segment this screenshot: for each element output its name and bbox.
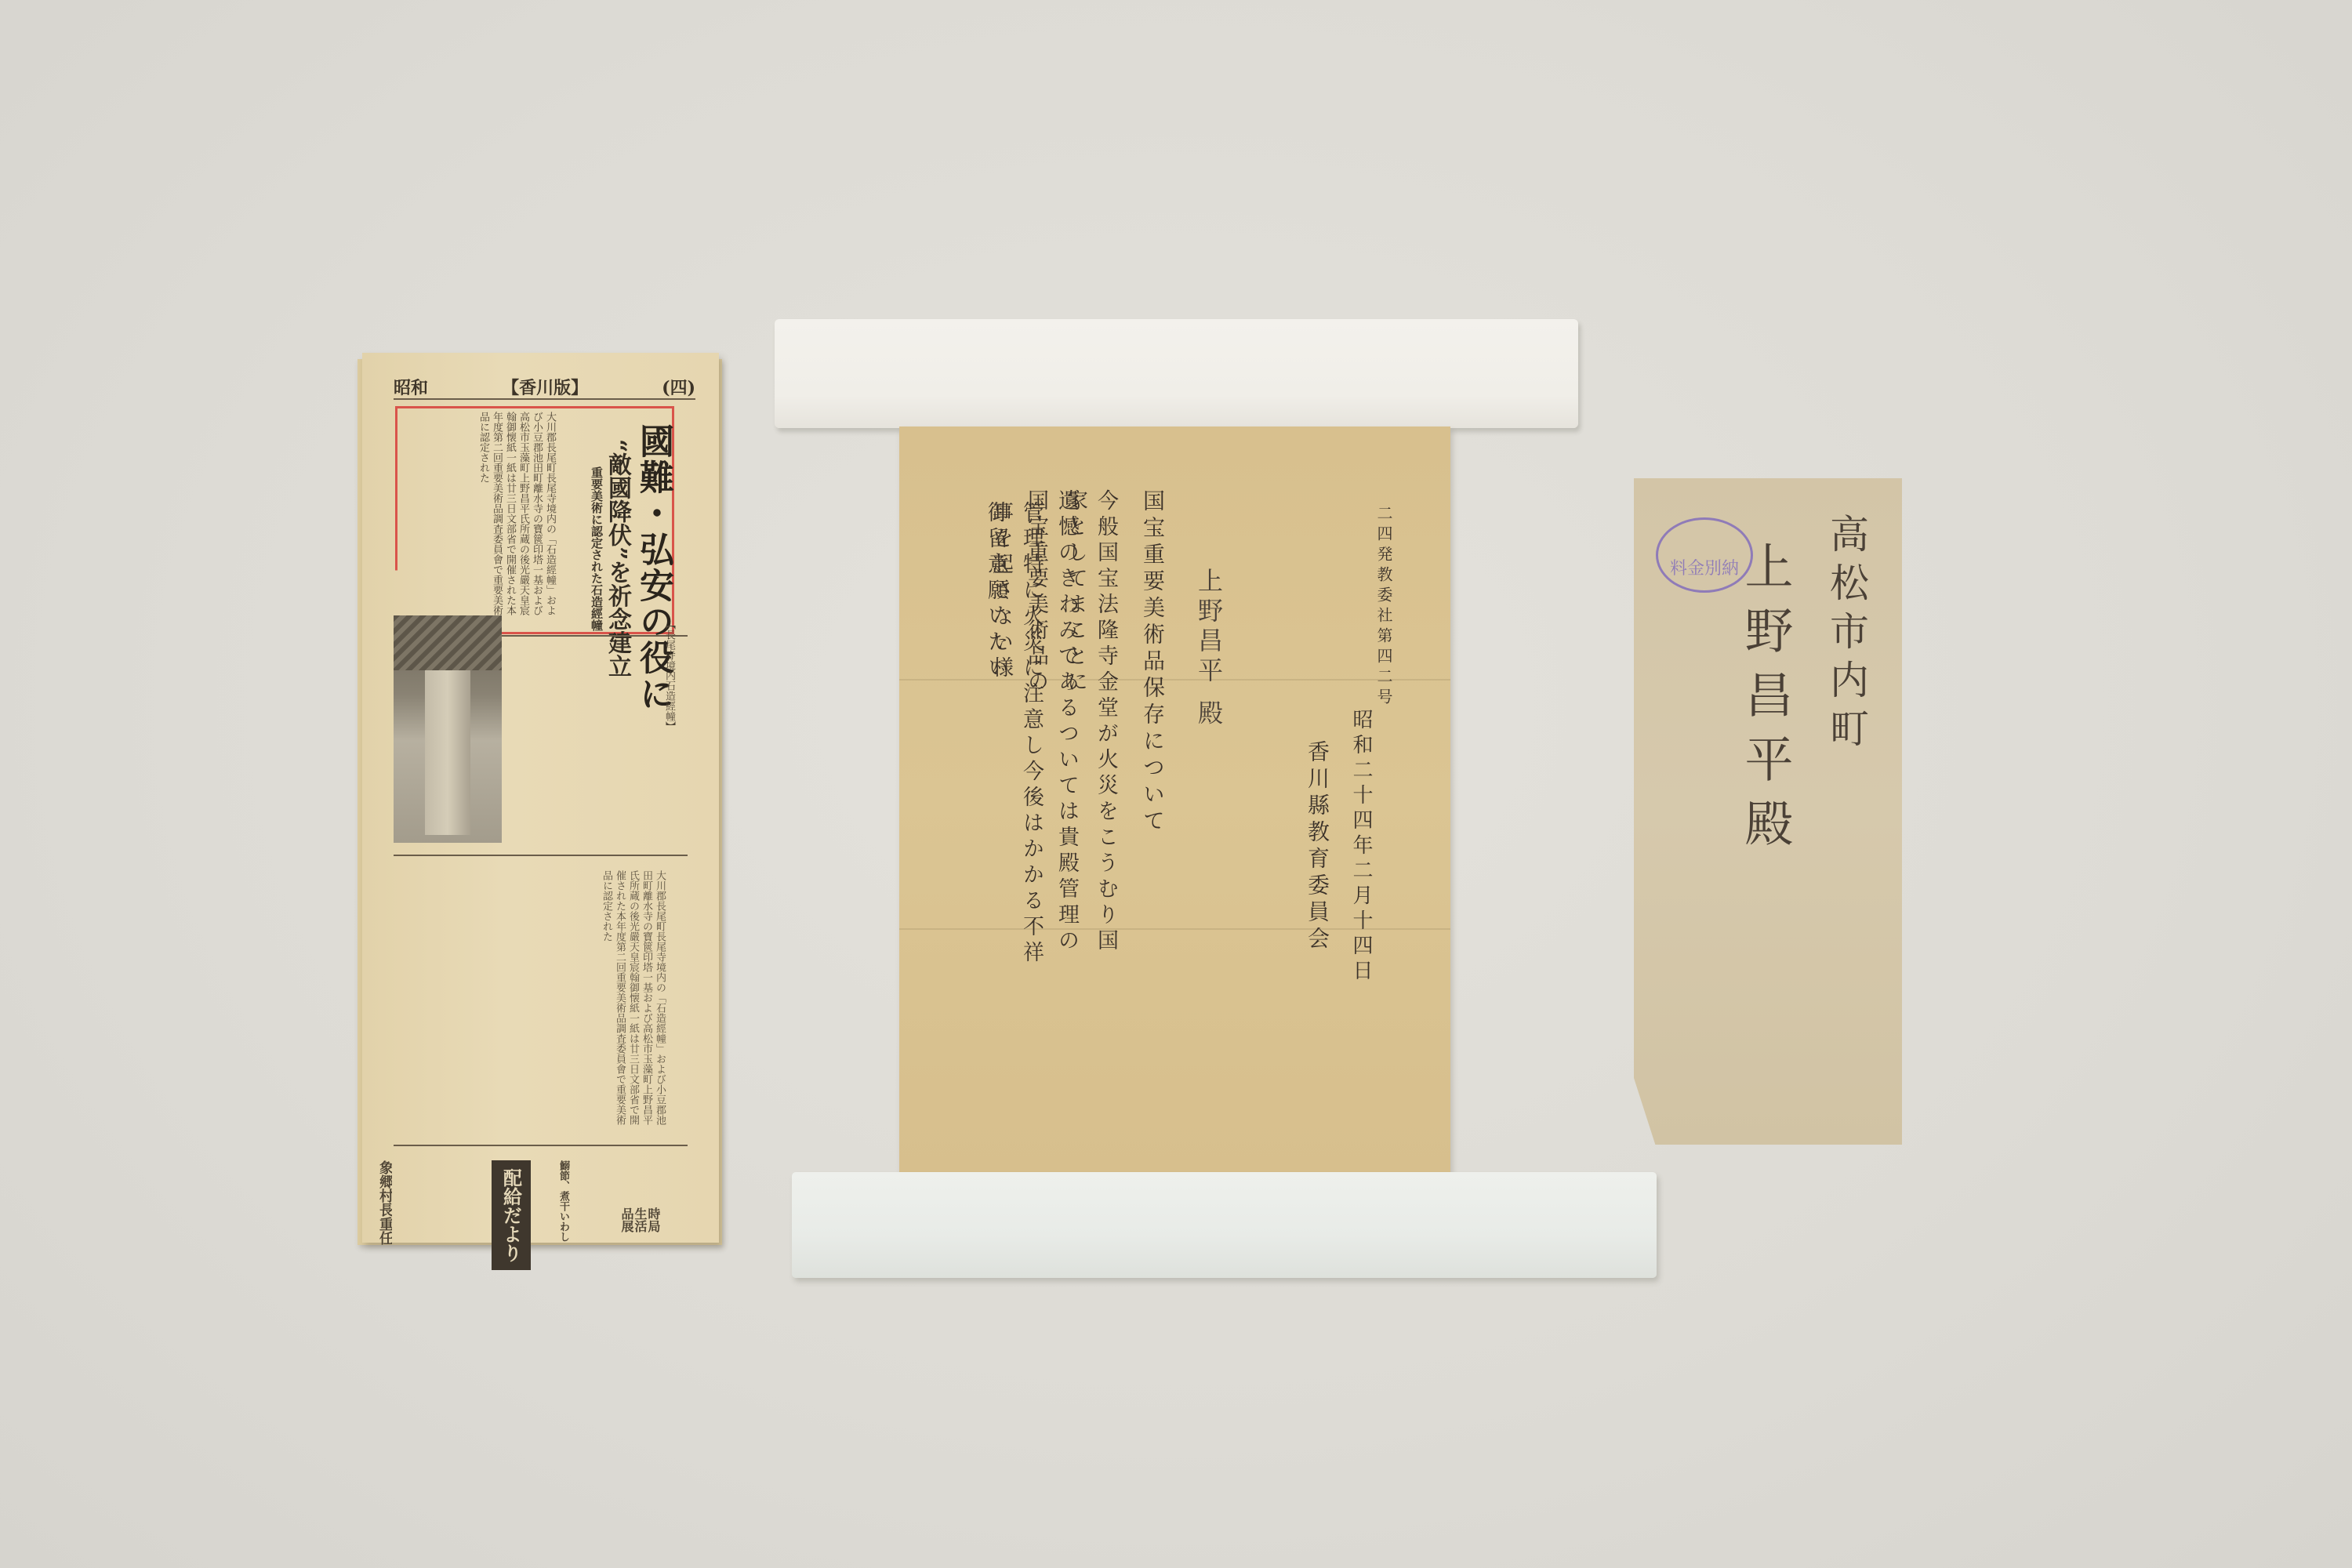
- article-continuation: 大川郡長尾町長尾寺境内の「石造經幢」および小豆郡池田町離水寺の寶篋印塔一基および…: [400, 870, 666, 1129]
- postmark-text: 料金別納: [1670, 555, 1739, 579]
- masthead-era: 昭和: [394, 375, 428, 399]
- envelope: 料金別納 高松市内町 上野昌平殿: [1634, 478, 1902, 1145]
- letter-body-line-4: 御留意願いたい: [981, 501, 1011, 682]
- envelope-recipient: 上野昌平殿: [1730, 541, 1800, 862]
- masthead-title: 【香川版】: [502, 375, 588, 399]
- letter-sender: 香川縣教育委員会: [1301, 740, 1333, 953]
- letter-subject: 国宝重要美術品保存について: [1137, 489, 1168, 836]
- handwritten-letter: 二四発教委社第四二号 昭和二十四年二月十四日 香川縣教育委員会 上野昌平 殿 国…: [899, 426, 1450, 1173]
- photo-roof: [394, 615, 502, 670]
- envelope-address: 高松市内町: [1818, 514, 1875, 757]
- rationing-heading: 鰯節、煮干いわし: [539, 1160, 570, 1286]
- photo-caption-text: 【長尾寺境内石造經幢】: [511, 619, 676, 839]
- masthead-page: (四): [662, 375, 695, 399]
- article-body: 大川郡長尾町長尾寺境内の「石造經幢」および小豆郡池田町離水寺の寶篋印塔一基および…: [400, 412, 557, 623]
- reference-number: 二四発教委社第四二号: [1373, 505, 1396, 709]
- sidebar-heading: 象郷村長重任: [368, 1160, 392, 1278]
- bottom-paper-roll: [792, 1172, 1657, 1278]
- letter-date: 昭和二十四年二月十四日: [1347, 709, 1376, 985]
- column-rule: [394, 1145, 688, 1146]
- bottom-heading: 時局生活品展入賞: [621, 1207, 660, 1239]
- top-paper-roll: [775, 319, 1578, 428]
- newspaper-deck: 重要美術に認定された石造經幢: [589, 466, 605, 631]
- letter-addressee: 上野昌平 殿: [1191, 568, 1227, 729]
- rationing-news-label: 配給だより: [492, 1160, 531, 1270]
- newspaper-masthead: 昭和 【香川版】 (四): [394, 375, 695, 400]
- column-rule: [394, 855, 688, 856]
- newspaper-clipping: 昭和 【香川版】 (四) 國難・弘安の役に “敵國降伏”を祈念建立 重要美術に認…: [362, 353, 719, 1243]
- photo-pillar: [425, 670, 470, 835]
- stone-pillar-photo: [394, 615, 502, 843]
